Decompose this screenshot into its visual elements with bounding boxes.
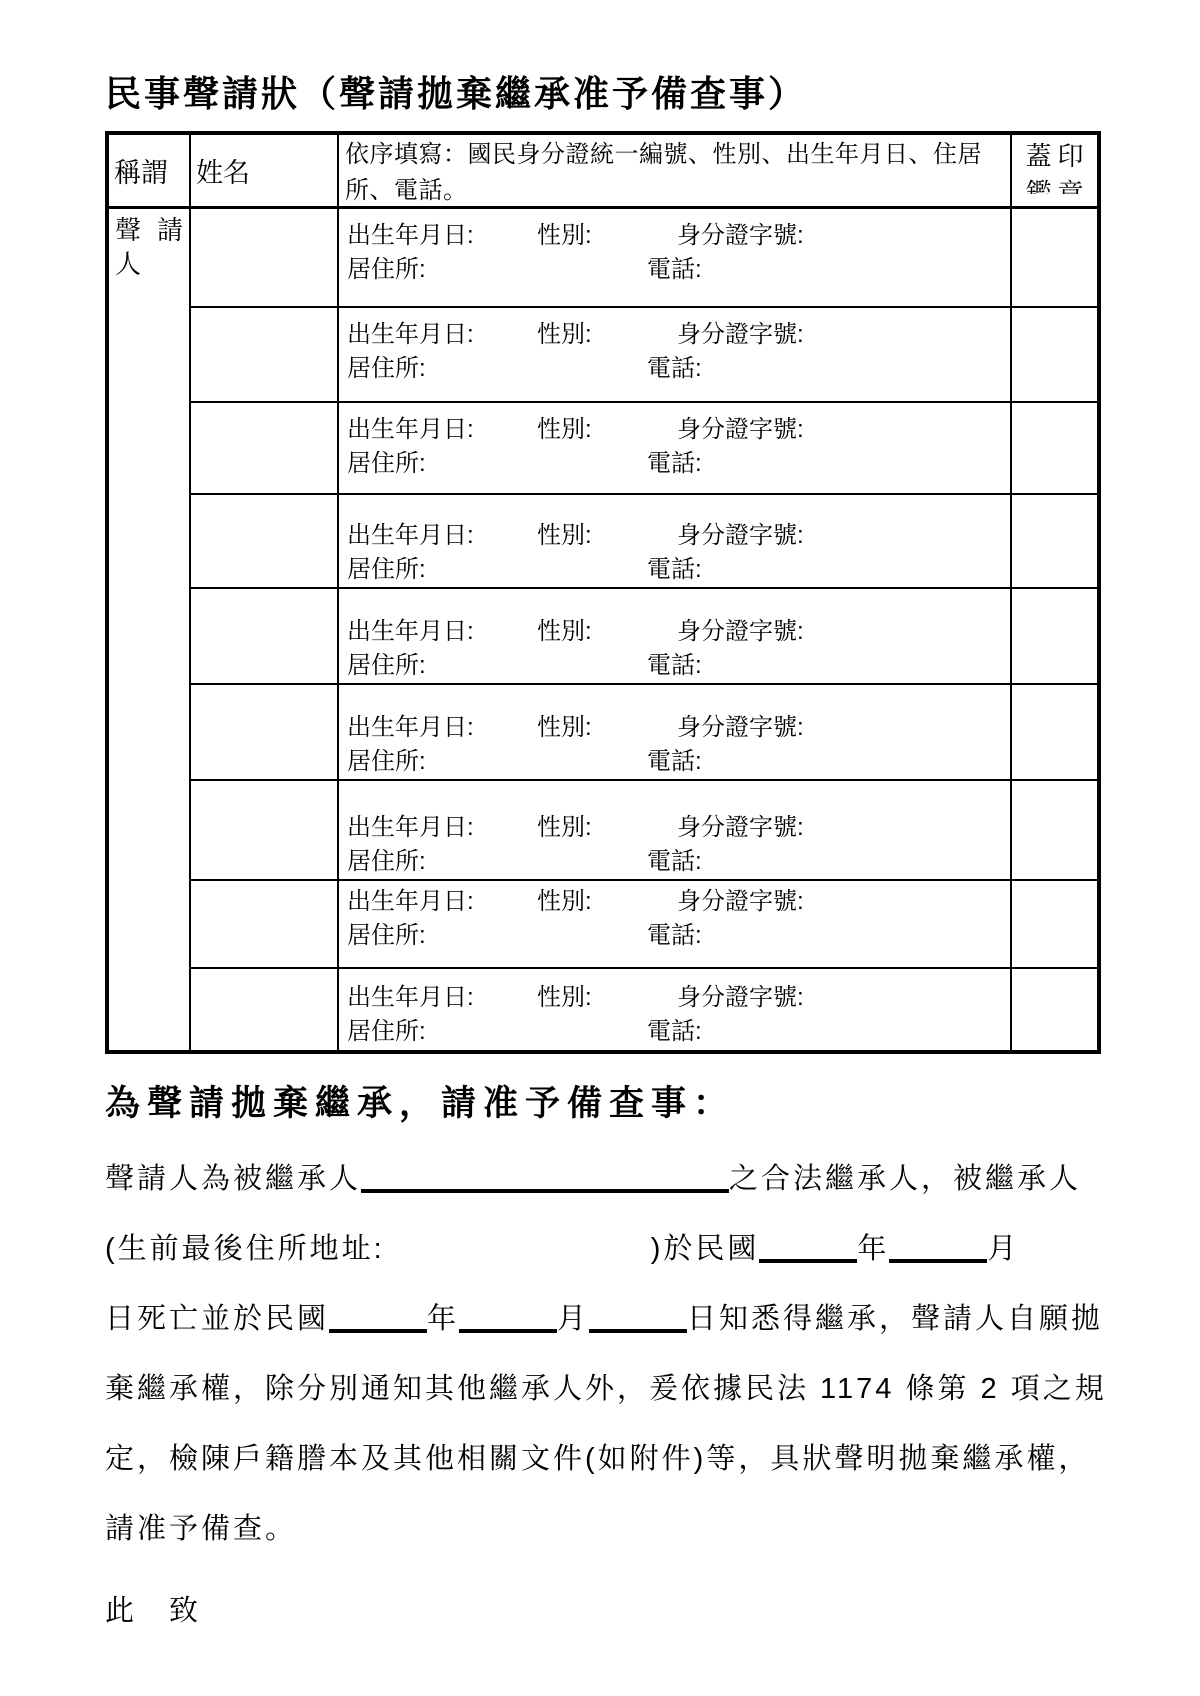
phone-label: 電話: [647, 649, 702, 683]
birth-date-label: 出生年月日: [347, 811, 537, 845]
table-row: 出生年月日: 性別: 身分證字號: 居住所: 電話: [107, 780, 1099, 880]
petition-text: 月 [987, 1233, 1019, 1265]
birth-date-label: 出生年月日: [347, 885, 537, 919]
id-number-label: 身分證字號: [677, 318, 804, 352]
petition-line: 請准予備查。 [105, 1494, 1095, 1564]
name-cell[interactable] [190, 307, 338, 402]
birth-date-label: 出生年月日: [347, 519, 537, 553]
applicant-table-body: 聲請人 出生年月日: 性別: 身分證字號: 居住所: 電話: 出生年月日: 性別… [107, 207, 1099, 1052]
seal-cell[interactable] [1011, 307, 1099, 402]
info-cell[interactable]: 出生年月日: 性別: 身分證字號: 居住所: 電話: [338, 684, 1011, 780]
table-row: 出生年月日: 性別: 身分證字號: 居住所: 電話: [107, 402, 1099, 494]
col-header-name: 姓名 [190, 133, 338, 207]
petition-line: 定，檢陳戶籍謄本及其他相關文件(如附件)等，具狀聲明拋棄繼承權， [105, 1424, 1095, 1494]
name-cell[interactable] [190, 684, 338, 780]
residence-label: 居住所: [347, 745, 647, 779]
applicant-table: 稱謂 姓名 依序填寫：國民身分證統一編號、性別、出生年月日、住居所、電話。 蓋印… [105, 131, 1101, 1054]
seal-cell[interactable] [1011, 684, 1099, 780]
info-cell[interactable]: 出生年月日: 性別: 身分證字號: 居住所: 電話: [338, 880, 1011, 968]
id-number-label: 身分證字號: [677, 885, 804, 919]
phone-label: 電話: [647, 919, 702, 953]
info-cell[interactable]: 出生年月日: 性別: 身分證字號: 居住所: 電話: [338, 588, 1011, 684]
petition-text: 日死亡並於民國 [105, 1303, 329, 1335]
petition-text: 棄繼承權，除分別通知其他繼承人外，爰依據民法 1174 條第 2 項之規 [105, 1373, 1107, 1405]
info-cell[interactable]: 出生年月日: 性別: 身分證字號: 居住所: 電話: [338, 402, 1011, 494]
col-header-seal-text: 蓋印鑑章 [1026, 138, 1084, 194]
phone-label: 電話: [647, 253, 702, 287]
blank-field[interactable] [589, 1305, 687, 1333]
info-cell[interactable]: 出生年月日: 性別: 身分證字號: 居住所: 電話: [338, 968, 1011, 1052]
residence-label: 居住所: [347, 553, 647, 587]
col-header-role: 稱謂 [107, 133, 190, 207]
id-number-label: 身分證字號: [677, 219, 804, 253]
table-row: 出生年月日: 性別: 身分證字號: 居住所: 電話: [107, 968, 1099, 1052]
gender-label: 性別: [537, 519, 677, 553]
petition-text: 聲請人為被繼承人 [105, 1163, 361, 1195]
petition-text: 年 [427, 1303, 459, 1335]
gender-label: 性別: [537, 615, 677, 649]
info-cell[interactable]: 出生年月日: 性別: 身分證字號: 居住所: 電話: [338, 780, 1011, 880]
table-row: 聲請人 出生年月日: 性別: 身分證字號: 居住所: 電話: [107, 207, 1099, 307]
seal-cell[interactable] [1011, 588, 1099, 684]
id-number-label: 身分證字號: [677, 413, 804, 447]
birth-date-label: 出生年月日: [347, 413, 537, 447]
blank-field[interactable] [329, 1305, 427, 1333]
table-row: 出生年月日: 性別: 身分證字號: 居住所: 電話: [107, 588, 1099, 684]
name-cell[interactable] [190, 402, 338, 494]
col-header-info-text: 依序填寫：國民身分證統一編號、性別、出生年月日、住居所、電話。 [339, 135, 1010, 201]
info-cell[interactable]: 出生年月日: 性別: 身分證字號: 居住所: 電話: [338, 207, 1011, 307]
closing-text: 此 致 [105, 1576, 1095, 1646]
gender-label: 性別: [537, 318, 677, 352]
name-cell[interactable] [190, 588, 338, 684]
residence-label: 居住所: [347, 649, 647, 683]
gender-label: 性別: [537, 811, 677, 845]
birth-date-label: 出生年月日: [347, 615, 537, 649]
info-cell[interactable]: 出生年月日: 性別: 身分證字號: 居住所: 電話: [338, 494, 1011, 588]
petition-text: 年 [857, 1233, 889, 1265]
gender-label: 性別: [537, 413, 677, 447]
blank-field[interactable] [459, 1305, 557, 1333]
page-title: 民事聲請狀（聲請拋棄繼承准予備查事） [105, 66, 1095, 117]
residence-label: 居住所: [347, 352, 647, 386]
applicant-role-cell: 聲請人 [107, 207, 190, 1052]
name-cell[interactable] [190, 494, 338, 588]
name-cell[interactable] [190, 968, 338, 1052]
seal-cell[interactable] [1011, 402, 1099, 494]
petition-text: 之合法繼承人，被繼承人 [729, 1163, 1081, 1195]
table-row: 出生年月日: 性別: 身分證字號: 居住所: 電話: [107, 494, 1099, 588]
residence-label: 居住所: [347, 845, 647, 879]
phone-label: 電話: [647, 745, 702, 779]
residence-label: 居住所: [347, 919, 647, 953]
residence-label: 居住所: [347, 447, 647, 481]
name-cell[interactable] [190, 880, 338, 968]
section-heading: 為聲請拋棄繼承，請准予備查事： [105, 1076, 1095, 1126]
table-row: 出生年月日: 性別: 身分證字號: 居住所: 電話: [107, 684, 1099, 780]
blank-field[interactable] [361, 1165, 729, 1193]
petition-line: 棄繼承權，除分別通知其他繼承人外，爰依據民法 1174 條第 2 項之規 [105, 1354, 1095, 1424]
phone-label: 電話: [647, 553, 702, 587]
petition-text: 請准予備查。 [105, 1513, 297, 1545]
seal-cell[interactable] [1011, 968, 1099, 1052]
blank-field[interactable] [759, 1235, 857, 1263]
residence-label: 居住所: [347, 253, 647, 287]
seal-cell[interactable] [1011, 207, 1099, 307]
birth-date-label: 出生年月日: [347, 219, 537, 253]
petition-paragraph: 聲請人為被繼承人之合法繼承人，被繼承人(生前最後住所地址:)於民國年月日死亡並於… [105, 1144, 1095, 1564]
seal-cell[interactable] [1011, 494, 1099, 588]
seal-cell[interactable] [1011, 880, 1099, 968]
birth-date-label: 出生年月日: [347, 711, 537, 745]
phone-label: 電話: [647, 845, 702, 879]
petition-text: 定，檢陳戶籍謄本及其他相關文件(如附件)等，具狀聲明拋棄繼承權， [105, 1443, 1090, 1475]
seal-cell[interactable] [1011, 780, 1099, 880]
phone-label: 電話: [647, 1015, 702, 1049]
col-header-seal: 蓋印鑑章 [1011, 133, 1099, 207]
gender-label: 性別: [537, 711, 677, 745]
gender-label: 性別: [537, 219, 677, 253]
id-number-label: 身分證字號: [677, 981, 804, 1015]
birth-date-label: 出生年月日: [347, 318, 537, 352]
table-row: 出生年月日: 性別: 身分證字號: 居住所: 電話: [107, 307, 1099, 402]
blank-field[interactable] [889, 1235, 987, 1263]
petition-line: 日死亡並於民國年月日知悉得繼承，聲請人自願拋 [105, 1284, 1095, 1354]
id-number-label: 身分證字號: [677, 615, 804, 649]
table-row: 出生年月日: 性別: 身分證字號: 居住所: 電話: [107, 880, 1099, 968]
gender-label: 性別: [537, 981, 677, 1015]
table-header-row: 稱謂 姓名 依序填寫：國民身分證統一編號、性別、出生年月日、住居所、電話。 蓋印… [107, 133, 1099, 207]
info-cell[interactable]: 出生年月日: 性別: 身分證字號: 居住所: 電話: [338, 307, 1011, 402]
col-header-info: 依序填寫：國民身分證統一編號、性別、出生年月日、住居所、電話。 [338, 133, 1011, 207]
petition-line: 聲請人為被繼承人之合法繼承人，被繼承人 [105, 1144, 1095, 1214]
phone-label: 電話: [647, 352, 702, 386]
petition-text: )於民國 [651, 1233, 760, 1265]
id-number-label: 身分證字號: [677, 811, 804, 845]
petition-text: 月 [557, 1303, 589, 1335]
petition-text: 日知悉得繼承，聲請人自願拋 [687, 1303, 1103, 1335]
id-number-label: 身分證字號: [677, 519, 804, 553]
gender-label: 性別: [537, 885, 677, 919]
id-number-label: 身分證字號: [677, 711, 804, 745]
petition-text: (生前最後住所地址: [105, 1233, 385, 1265]
name-cell[interactable] [190, 207, 338, 307]
document-page: 民事聲請狀（聲請拋棄繼承准予備查事） 稱謂 姓名 依序填寫：國民身分證統一編號、… [0, 0, 1200, 1646]
petition-line: (生前最後住所地址:)於民國年月 [105, 1214, 1095, 1284]
name-cell[interactable] [190, 780, 338, 880]
phone-label: 電話: [647, 447, 702, 481]
birth-date-label: 出生年月日: [347, 981, 537, 1015]
residence-label: 居住所: [347, 1015, 647, 1049]
